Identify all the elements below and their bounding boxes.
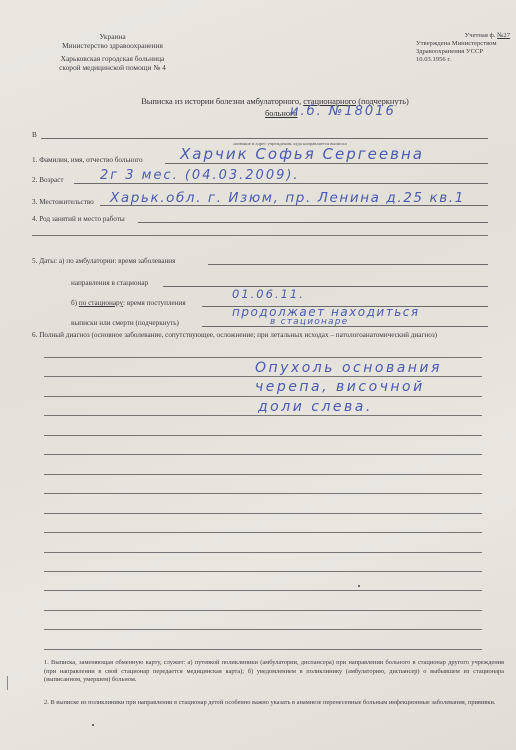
occupation-row: 4. Род занятий и место работы (32, 211, 488, 223)
name-label: 1. Фамилия, имя, отчество больного (32, 156, 143, 164)
diagnosis-rule-line (44, 629, 482, 630)
diagnosis-rule-line (44, 552, 482, 553)
occupation-label: 4. Род занятий и место работы (32, 215, 125, 223)
referral-label: направления в стационар (71, 279, 148, 287)
diagnosis-rule-line (44, 513, 482, 514)
approved-date: 10.03.1956 г. (416, 56, 512, 64)
diagnosis-rule-line (44, 415, 482, 416)
admission-value: 01.06.11. (232, 287, 305, 301)
diagnosis-rule-line (44, 571, 482, 572)
issuer-ministry: Министерство здравоохранения (40, 41, 185, 50)
diagnosis-line-2: черепа, височной (255, 379, 425, 395)
residence-label: 3. Местожительство (32, 198, 94, 206)
recipient-row: В (32, 127, 488, 139)
issuer-hospital-line2: скорой медицинской помощи № 4 (40, 63, 185, 72)
referral-date-field[interactable] (163, 286, 488, 287)
footnote-2: 2. В выписке из поликлиники при направле… (44, 699, 504, 708)
diagnosis-rule-line (44, 357, 482, 358)
diagnosis-rule-line (44, 532, 482, 533)
recipient-field[interactable] (41, 138, 488, 139)
diagnosis-rule-line (44, 649, 482, 650)
history-number: и.б. №18016 (290, 104, 396, 119)
issuer-block: Украина Министерство здравоохранения Хар… (40, 32, 185, 72)
discharge-value-line2: в стационаре (270, 317, 348, 327)
residence-value: Харьк.обл. г. Изюм, пр. Ленина д.25 кв.1 (110, 190, 465, 206)
diagnosis-rule-line (44, 396, 482, 397)
discharge-label: выписки или смерти (подчеркнуть) (71, 319, 179, 327)
approved-line2: Здравоохранения УССР (416, 48, 512, 56)
diagnosis-label: 6. Полный диагноз (основное заболевание,… (32, 331, 437, 339)
age-value: 2г 3 мес. (04.03.2009). (100, 168, 300, 183)
approved-line1: Утверждена Министерством (416, 40, 512, 48)
name-field[interactable] (165, 163, 488, 164)
admission-label: б) по стационару: время поступления (71, 299, 186, 307)
dates-row: 5. Даты: а) по амбулатории: время заболе… (32, 253, 488, 265)
onset-date-field[interactable] (208, 264, 488, 265)
diagnosis-line-3: доли слева. (258, 399, 373, 415)
footnote-1: 1. Выписка, заменяющая обменную карту, с… (44, 659, 504, 685)
diagnosis-line-1: Опухоль основания (255, 360, 442, 376)
form-registration-block: Учетная ф. №27 Утверждена Министерством … (416, 32, 512, 64)
diagnosis-rule-line (44, 376, 482, 377)
diagnosis-rule-line (44, 590, 482, 591)
issuer-country: Украина (40, 32, 185, 41)
diagnosis-rule-line (44, 610, 482, 611)
blank-line (32, 235, 488, 236)
diagnosis-rule-line (44, 474, 482, 475)
referral-row: направления в стационар (71, 275, 488, 287)
occupation-field[interactable] (138, 222, 488, 223)
recipient-label: В (32, 131, 37, 139)
age-label: 2. Возраст (32, 176, 64, 184)
dates-label: 5. Даты: а) по амбулатории: время заболе… (32, 257, 175, 265)
issuer-hospital-line1: Харьковская городская больница (40, 54, 185, 63)
diagnosis-rule-line (44, 435, 482, 436)
form-page: Украина Министерство здравоохранения Хар… (0, 0, 516, 750)
name-value: Харчик Софья Сергеевна (180, 145, 424, 163)
diagnosis-rule-line (44, 493, 482, 494)
age-field[interactable] (74, 183, 488, 184)
ink-speck (358, 585, 360, 587)
scan-edge-mark (7, 676, 8, 690)
form-number: №27 (497, 32, 510, 39)
diagnosis-rule-line (44, 454, 482, 455)
form-label: Учетная ф. (465, 32, 496, 39)
ink-speck (92, 724, 94, 726)
